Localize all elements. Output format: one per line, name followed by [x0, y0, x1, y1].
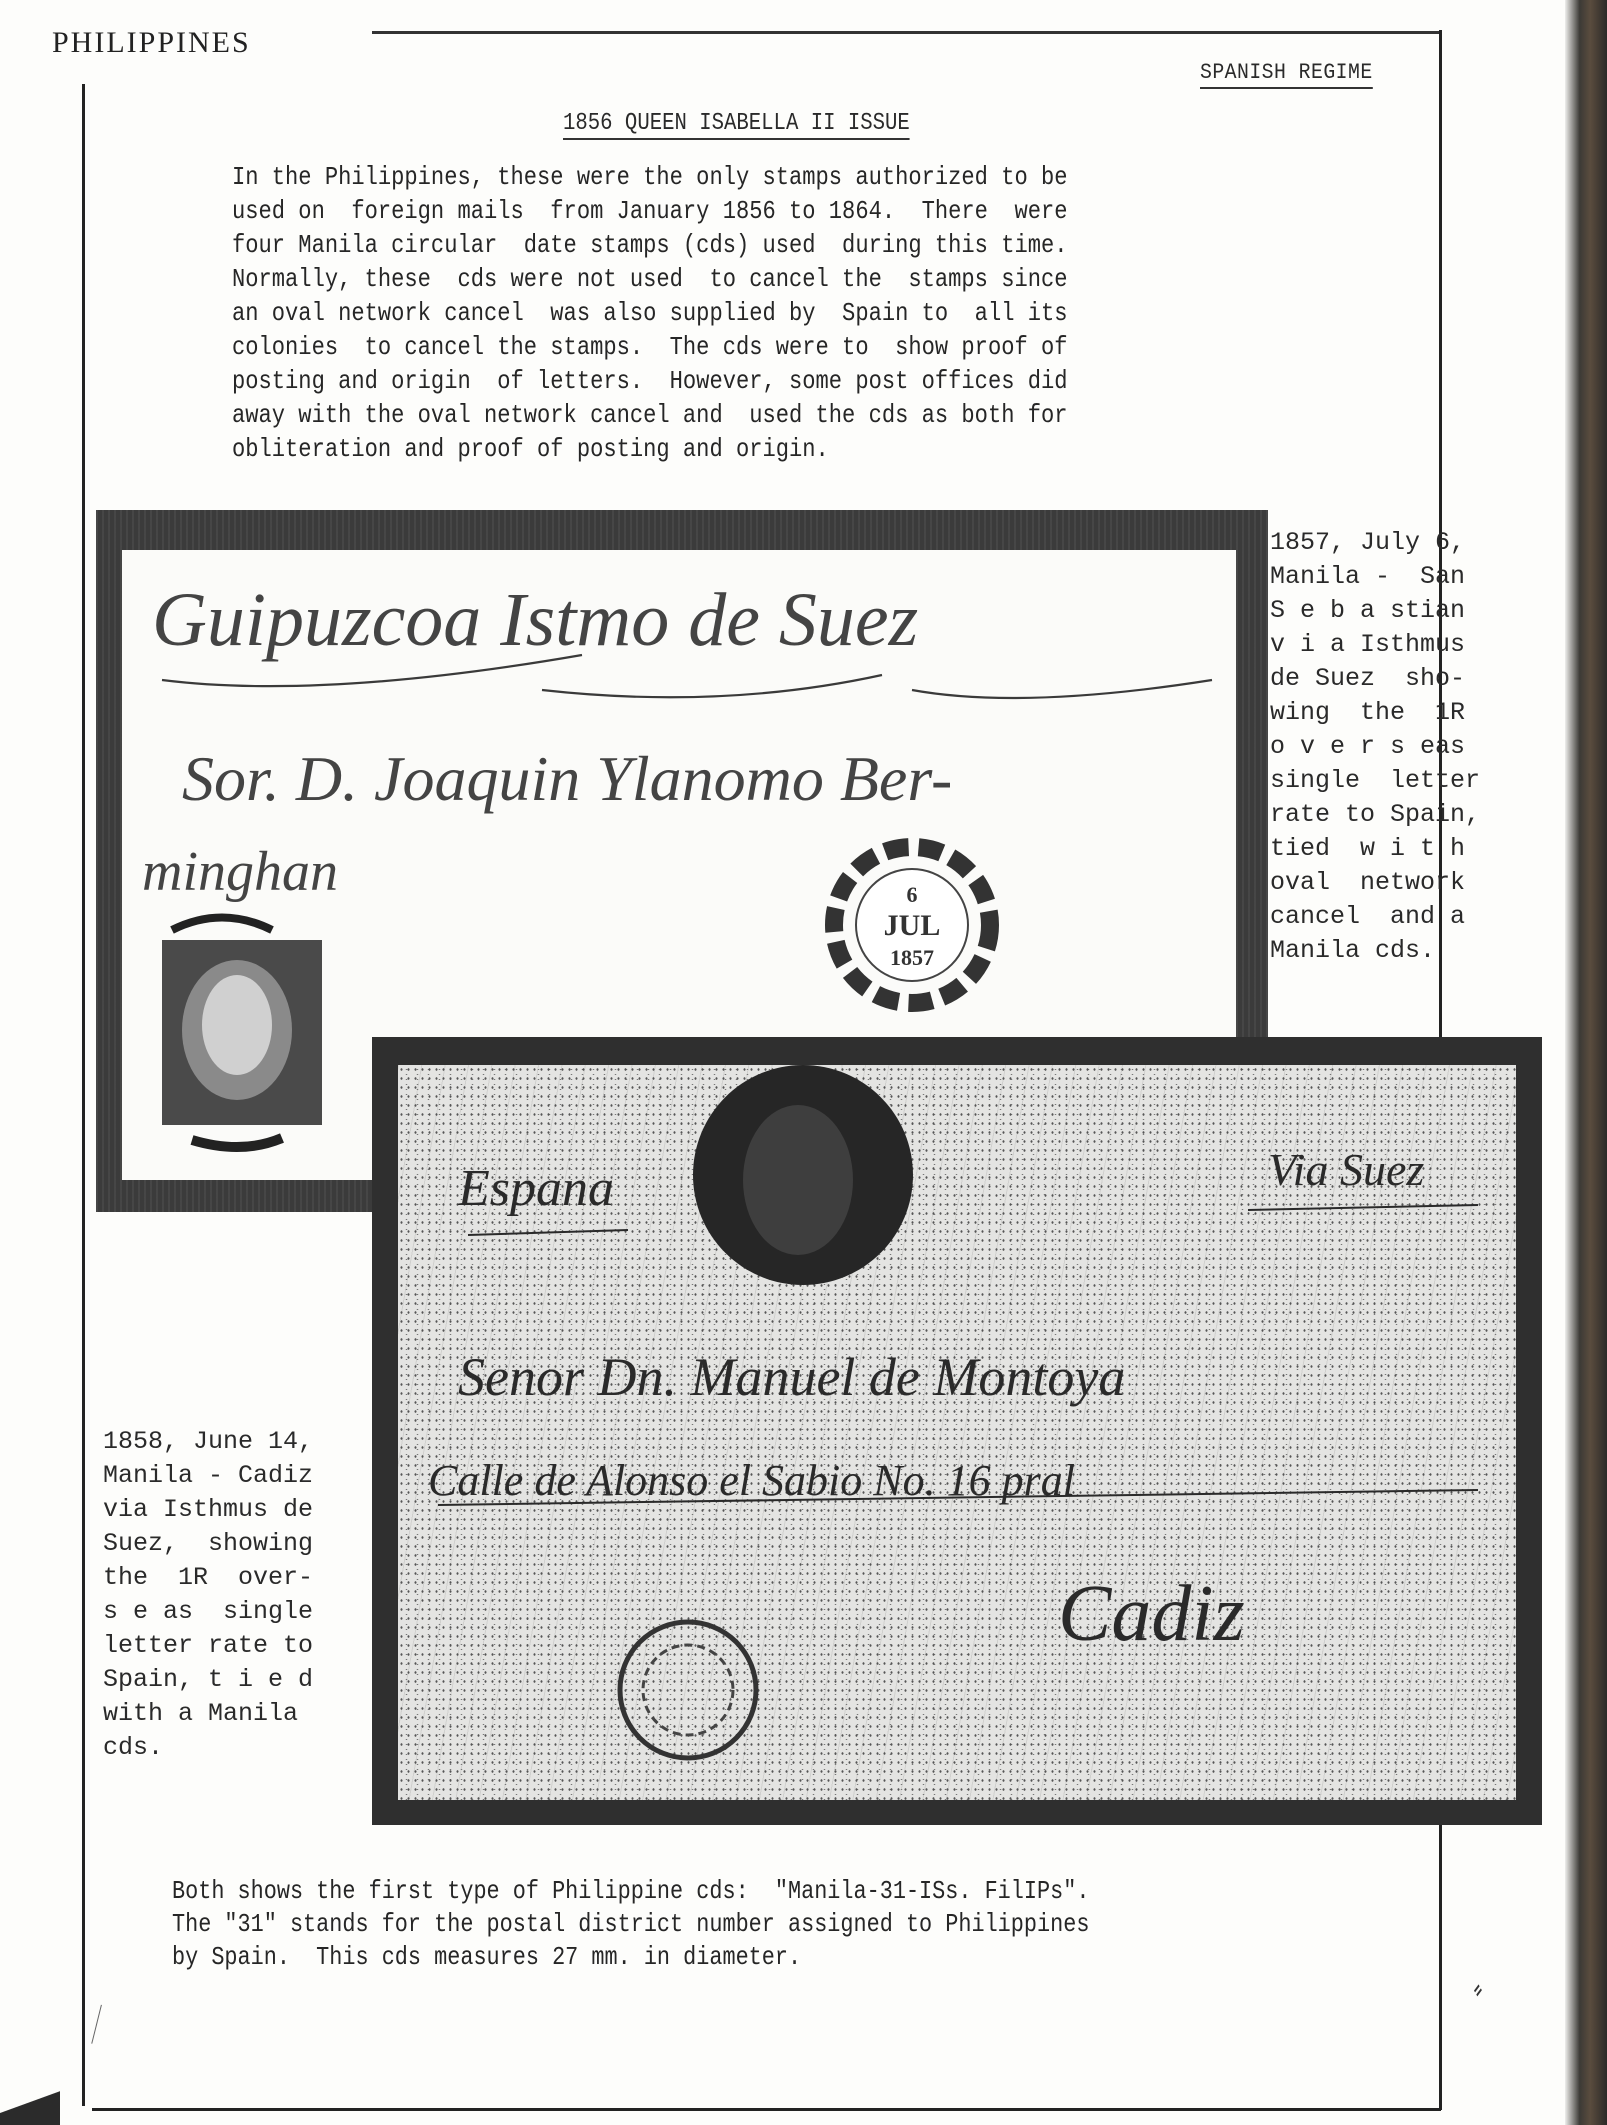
cds-postmark-icon: [620, 1622, 756, 1758]
cover-1857-address-line2: Sor. D. Joaquin Ylanomo Ber-: [182, 743, 952, 814]
cover-1858-line2: Via Suez: [1268, 1144, 1424, 1195]
country-heading: PHILIPPINES: [52, 26, 251, 60]
issue-title: 1856 QUEEN ISABELLA II ISSUE: [563, 110, 910, 140]
cover-1858-line3: Senor Dn. Manuel de Montoya: [458, 1347, 1125, 1407]
cover-1858-caption: 1858, June 14, Manila - Cadiz via Isthmu…: [103, 1425, 363, 1765]
cds-note-paragraph: Both shows the first type of Philippine …: [172, 1875, 1230, 1974]
page-frame-left: [82, 84, 85, 2106]
page-frame-bottom: [92, 2108, 1441, 2111]
section-heading: SPANISH REGIME: [1200, 60, 1373, 89]
scan-edge-shadow: [1565, 0, 1607, 2125]
scan-corner-shadow: [0, 2090, 60, 2125]
cover-1857-caption: 1857, July 6, Manila - San S e b a stian…: [1270, 526, 1520, 968]
ink-smudge: ⸗: [1464, 1973, 1493, 2007]
cover-1857-address-line1: Guipuzcoa Istmo de Suez: [152, 578, 918, 662]
cover-1858-line1: Espana: [457, 1160, 614, 1217]
page-frame-top: [372, 31, 1442, 34]
intro-paragraph: In the Philippines, these were the only …: [232, 160, 1159, 466]
isabella-stamp-icon: [162, 918, 322, 1148]
cover-1858-image: Espana Via Suez Senor Dn. Manuel de Mont…: [372, 1037, 1542, 1825]
svg-text:6: 6: [907, 882, 918, 907]
cover-1858-paper: Espana Via Suez Senor Dn. Manuel de Mont…: [398, 1065, 1516, 1800]
svg-text:1857: 1857: [890, 945, 934, 970]
svg-text:JUL: JUL: [884, 909, 941, 942]
cover-1857-address-line3: minghan: [142, 841, 338, 903]
pencil-mark: [91, 2005, 107, 2046]
cover-1858-drawing: Espana Via Suez Senor Dn. Manuel de Mont…: [398, 1065, 1516, 1800]
cds-postmark-icon: JUL 1857 6: [834, 847, 990, 1003]
cover-1858-line5: Cadiz: [1058, 1570, 1245, 1658]
